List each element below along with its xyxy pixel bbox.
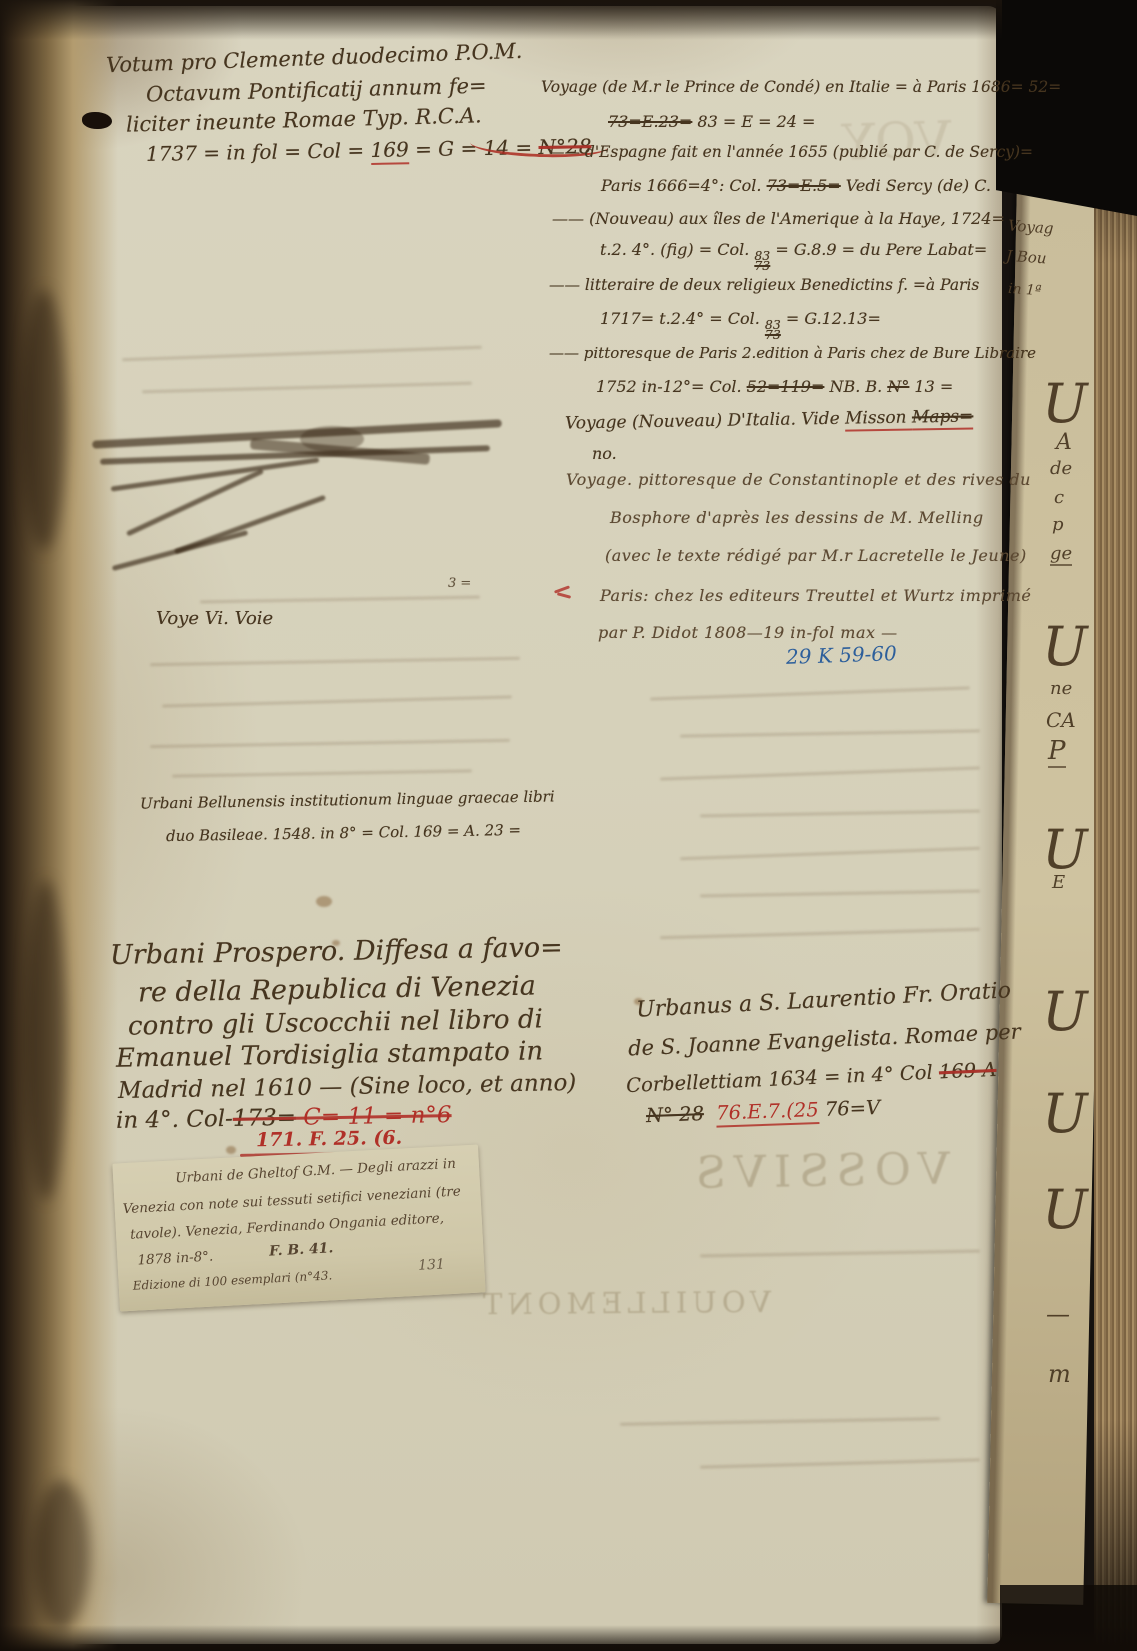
- edge-initial-letter: U: [1042, 372, 1088, 435]
- edge-letter-fragment: E: [1052, 872, 1065, 893]
- see-reference: Misson: [845, 408, 912, 432]
- edge-letter-fragment: —: [1046, 1300, 1070, 1328]
- label-line4-shelfmark: F. B. 41.: [269, 1240, 334, 1259]
- ref-suffix: = G.8.9 = du Pere Labat=: [770, 240, 987, 259]
- edge-letter-fragment: ne: [1050, 678, 1072, 699]
- col-correction-fraction: 8373: [765, 320, 781, 340]
- pasted-catalog-label: Urbani de Gheltof G.M. — Degli arazzi in…: [112, 1145, 485, 1312]
- ref-suffix: 13 =: [909, 377, 953, 396]
- shelf-suffix: 76=V: [818, 1096, 880, 1121]
- entry-voyage-amerique: —— (Nouveau) aux îles de l'Amerique à la…: [552, 209, 1005, 228]
- col-correction-fraction: 8373: [754, 251, 770, 271]
- manuscript-photo: VOY VOSSIVS VOUILLEMONT Votum pro Clemen…: [0, 0, 1137, 1651]
- entry-voyage-italia-cont: no.: [592, 444, 617, 463]
- new-shelfmark-red: 171. F. 25. (6.: [256, 1127, 403, 1152]
- ref-prefix: Paris 1666=4°: Col.: [601, 176, 767, 195]
- label-pencil-number: 131: [418, 1256, 446, 1273]
- entry-voyage-espagne: —— d'Espagne fait en l'année 1655 (publi…: [549, 143, 1033, 161]
- ref-mid: NB. B.: [824, 377, 887, 396]
- page-top-shadow: [0, 0, 1002, 40]
- ghost-word-voy: VOY: [841, 110, 952, 172]
- edge-fragment-text: Voyag: [1007, 216, 1054, 237]
- struck-n: N°: [887, 377, 909, 396]
- page-bottom-shadow: [0, 1625, 1137, 1651]
- old-col-struck: 169 A: [938, 1058, 996, 1083]
- edge-stain: [26, 880, 66, 1200]
- edge-letter-fragment: p: [1052, 514, 1064, 535]
- ink-smudge-blob: [300, 426, 364, 452]
- label-line1: Urbani de Gheltof G.M. — Degli arazzi in: [175, 1156, 456, 1187]
- ref-suffix: = G.12.13=: [781, 309, 881, 328]
- edge-letter-fragment: ge: [1050, 543, 1072, 566]
- ghost-word-vossivs: VOSSIVS: [688, 1144, 951, 1200]
- entry-voyage-conde: Voyage (de M.r le Prince de Condé) en It…: [541, 78, 1061, 96]
- old-col: 73: [765, 330, 781, 340]
- ref-prefix: 1752 in-12°= Col.: [596, 377, 747, 396]
- edge-initial-letter: U: [1042, 980, 1088, 1043]
- ghost-word-vouillemont: VOUILLEMONT: [478, 1285, 771, 1322]
- page-edge-stack: [1094, 0, 1137, 1651]
- edge-letter-fragment: m: [1048, 1360, 1071, 1388]
- entry-voyage-litteraire: —— litteraire de deux religieux Benedict…: [549, 276, 979, 294]
- edge-stain: [22, 290, 66, 550]
- new-shelfmark: 83 = E = 24 =: [692, 112, 815, 131]
- edge-letter-fragment: c: [1054, 487, 1064, 508]
- ink-blot: [82, 112, 112, 129]
- stain-spot: [226, 1146, 236, 1154]
- entry-constantinople-line1: Voyage. pittoresque de Constantinople et…: [566, 470, 1031, 489]
- entry-voyage-espagne-ref: Paris 1666=4°: Col. 73=E.5= Vedi Sercy (…: [601, 176, 991, 195]
- entry-voyage-pittoresque-paris: —— pittoresque de Paris 2.edition à Pari…: [549, 344, 1036, 362]
- entry-voye-crossref: Voye Vi. Voie: [156, 608, 273, 629]
- entry-constantinople-line3: (avec le texte rédigé par M.r Lacretelle…: [605, 546, 1027, 565]
- entry-constantinople-line2: Bosphore d'après les dessins de M. Melli…: [610, 508, 984, 527]
- entry-constantinople-line5: par P. Didot 1808—19 in-fol max —: [598, 623, 898, 642]
- edge-letter-fragment: de: [1050, 458, 1072, 479]
- book-board-corner: [996, 0, 1137, 216]
- old-col: 73: [754, 261, 770, 271]
- old-shelfmark: 73=E.5=: [767, 176, 841, 195]
- new-shelfmark-red: 76.E.7.(25: [716, 1098, 819, 1128]
- edge-fragment-text: in 1ª: [1007, 281, 1042, 299]
- marginal-note-3: 3 =: [448, 576, 471, 591]
- entry-constantinople-line4: Paris: chez les editeurs Treuttel et Wur…: [600, 586, 1031, 605]
- entry-voyage-conde-ref: 73=E.23= 83 = E = 24 =: [608, 112, 815, 131]
- ref-prefix: 1717= t.2.4° = Col.: [600, 309, 765, 328]
- edge-letter-fragment: A: [1056, 430, 1072, 455]
- deckle-left-edge: [0, 0, 118, 1651]
- stain-spot: [316, 896, 332, 907]
- edge-letter-fragment: P: [1048, 736, 1066, 768]
- old-shelfmark: 52=119=: [747, 377, 825, 396]
- label-line4-year: 1878 in-8°.: [137, 1249, 214, 1269]
- edge-initial-letter: U: [1042, 1082, 1088, 1145]
- entry-voyage-amerique-ref: t.2. 4°. (fig) = Col. 8373 = G.8.9 = du …: [600, 240, 987, 271]
- old-shelfmark: 73=E.23=: [608, 112, 692, 131]
- old-number-struck: N° 28: [646, 1102, 705, 1127]
- cross-reference: Vedi Sercy (de) C.: [841, 176, 991, 195]
- shelfmark-blue: 29 K 59-60: [786, 641, 898, 669]
- entry-voyage-litteraire-ref: 1717= t.2.4° = Col. 8373 = G.12.13=: [600, 309, 881, 340]
- votum-colref: 1737 = in fol = Col =: [146, 138, 371, 166]
- entry-voyage-pittoresque-ref: 1752 in-12°= Col. 52=119= NB. B. N° 13 =: [596, 377, 953, 396]
- edge-initial-letter: U: [1042, 1178, 1088, 1241]
- label-line5-edition: Edizione di 100 esemplari (n°43.: [132, 1268, 332, 1292]
- see-reference-struck: Maps=: [912, 406, 974, 430]
- edge-letter-fragment: CA: [1046, 708, 1076, 732]
- label-line3: tavole). Venezia, Ferdinando Ongania edi…: [130, 1210, 445, 1242]
- edge-initial-letter: U: [1042, 615, 1088, 678]
- votum-col-number: 169: [370, 137, 409, 165]
- format-ref: in 4°. Col-: [116, 1106, 233, 1134]
- ref-prefix: t.2. 4°. (fig) = Col.: [600, 240, 754, 259]
- edge-stain: [34, 1480, 90, 1630]
- edge-fragment-text: J Bou: [1005, 247, 1047, 268]
